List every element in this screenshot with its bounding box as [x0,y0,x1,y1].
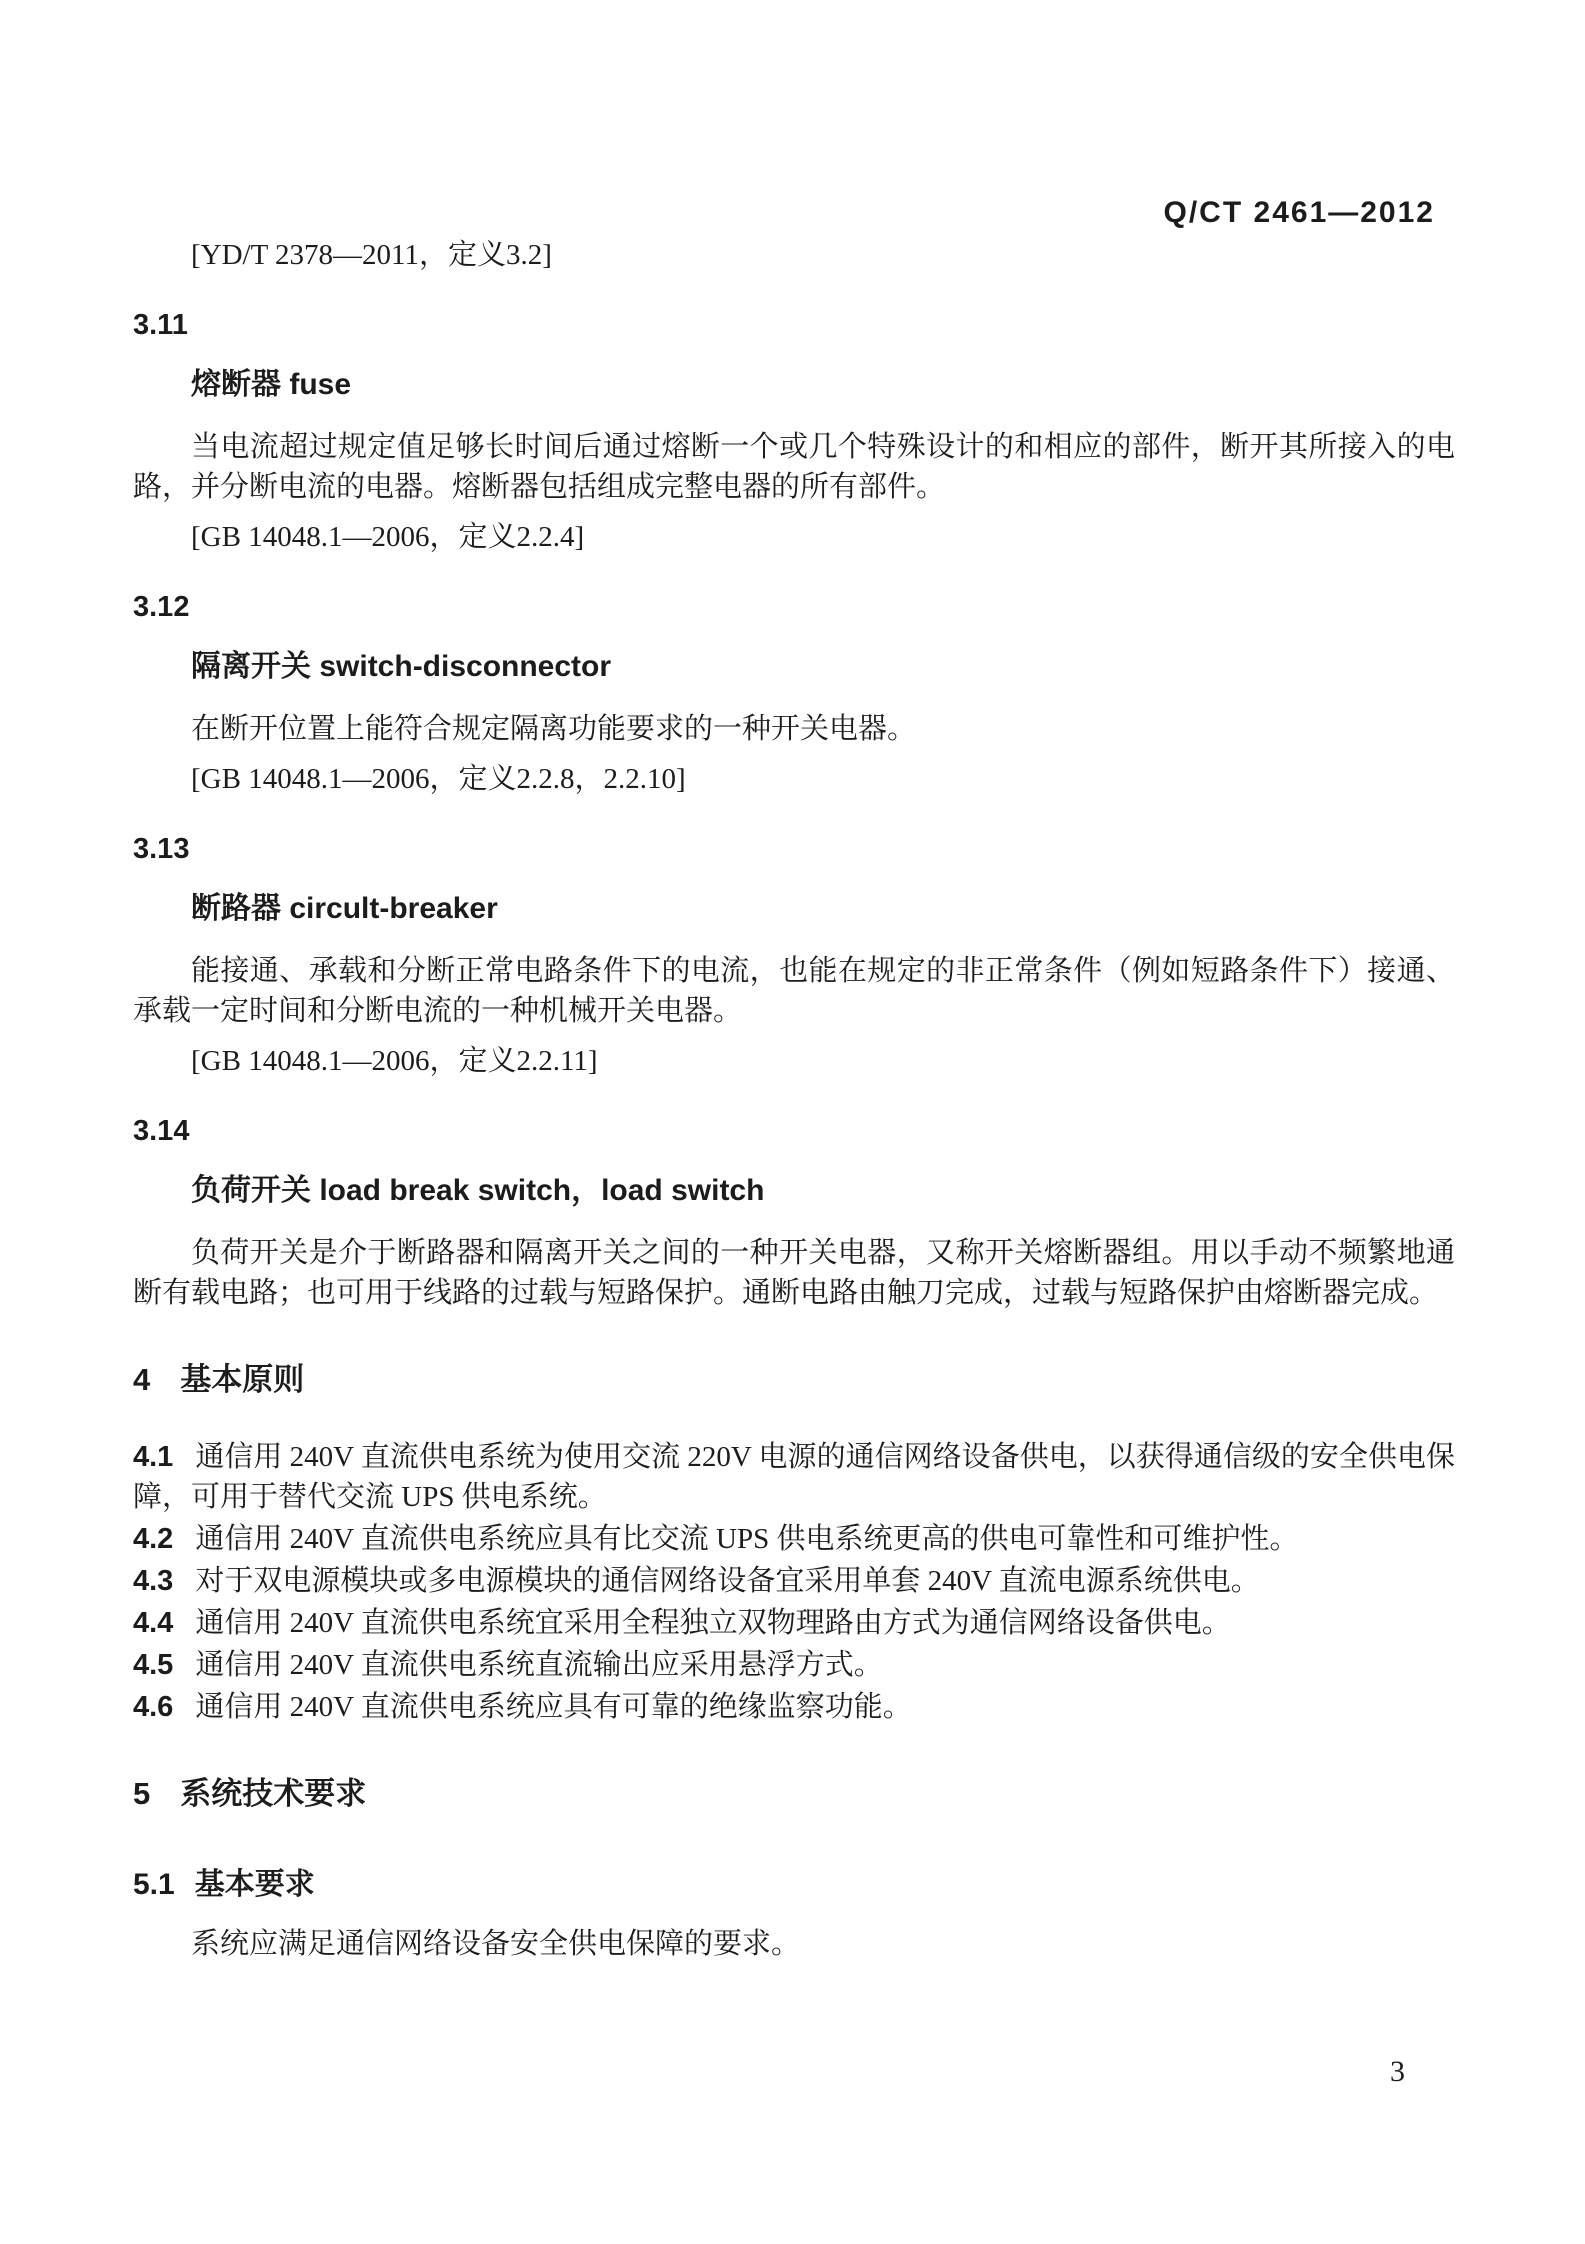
definition-body: 能接通、承载和分断正常电路条件下的电流，也能在规定的非正常条件（例如短路条件下）… [133,951,1455,1031]
definition-source-reference: [GB 14048.1—2006，定义2.2.8，2.2.10] [133,759,1455,799]
page-number: 3 [1390,2055,1405,2089]
section-number: 5.1 [133,1868,175,1901]
definition-term: 负荷开关 load break switch，load switch [133,1171,1455,1211]
top-source-reference: [YD/T 2378—2011，定义3.2] [133,235,1455,275]
standard-code-header: Q/CT 2461—2012 [1164,196,1435,230]
chapter-number: 5 [133,1776,150,1811]
chapter-4-heading: 4基本原则 [133,1358,1455,1402]
definition-term: 隔离开关 switch-disconnector [133,647,1455,687]
chapter-5-heading: 5系统技术要求 [133,1772,1455,1816]
clause-text: 通信用 240V 直流供电系统宜采用全程独立双物理路由方式为通信网络设备供电。 [195,1607,1230,1639]
definition-term: 断路器 circult-breaker [133,889,1455,929]
definition-body: 在断开位置上能符合规定隔离功能要求的一种开关电器。 [133,709,1455,749]
clause-4-3: 4.3对于双电源模块或多电源模块的通信网络设备宜采用单套 240V 直流电源系统… [133,1561,1455,1601]
clause-number: 4.6 [133,1691,173,1723]
clause-number: 4.1 [133,1441,173,1473]
chapter-title: 基本原则 [180,1362,304,1397]
clause-number: 4.2 [133,1523,173,1555]
definition-number: 3.13 [133,829,1455,869]
clause-4-4: 4.4通信用 240V 直流供电系统宜采用全程独立双物理路由方式为通信网络设备供… [133,1603,1455,1643]
clause-4-2: 4.2通信用 240V 直流供电系统应具有比交流 UPS 供电系统更高的供电可靠… [133,1519,1455,1559]
clause-4-5: 4.5通信用 240V 直流供电系统直流输出应采用悬浮方式。 [133,1645,1455,1685]
definition-body: 负荷开关是介于断路器和隔离开关之间的一种开关电器，又称开关熔断器组。用以手动不频… [133,1233,1455,1313]
clause-4-6: 4.6通信用 240V 直流供电系统应具有可靠的绝缘监察功能。 [133,1687,1455,1727]
definition-number: 3.14 [133,1111,1455,1151]
chapter-4: 4基本原则 4.1通信用 240V 直流供电系统为使用交流 220V 电源的通信… [133,1358,1455,1727]
page-content: [YD/T 2378—2011，定义3.2] 3.11 熔断器 fuse 当电流… [133,235,1455,1964]
definition-source-reference: [GB 14048.1—2006，定义2.2.4] [133,517,1455,557]
definition-number: 3.11 [133,305,1455,345]
clause-text: 通信用 240V 直流供电系统应具有比交流 UPS 供电系统更高的供电可靠性和可… [195,1523,1298,1555]
clause-text: 通信用 240V 直流供电系统为使用交流 220V 电源的通信网络设备供电，以获… [133,1441,1455,1513]
section-5-1-heading: 5.1基本要求 [133,1864,1455,1906]
clause-number: 4.4 [133,1607,173,1639]
section-5-1-body: 系统应满足通信网络设备安全供电保障的要求。 [133,1924,1455,1964]
chapter-title: 系统技术要求 [180,1776,366,1811]
clause-text: 通信用 240V 直流供电系统直流输出应采用悬浮方式。 [195,1649,882,1681]
document-page: Q/CT 2461—2012 [YD/T 2378—2011，定义3.2] 3.… [0,0,1585,2244]
definition-3-12: 3.12 隔离开关 switch-disconnector 在断开位置上能符合规… [133,587,1455,799]
chapter-5: 5系统技术要求 5.1基本要求 系统应满足通信网络设备安全供电保障的要求。 [133,1772,1455,1964]
clause-text: 对于双电源模块或多电源模块的通信网络设备宜采用单套 240V 直流电源系统供电。 [195,1565,1259,1597]
definition-source-reference: [GB 14048.1—2006，定义2.2.11] [133,1041,1455,1081]
clause-number: 4.3 [133,1565,173,1597]
definition-term: 熔断器 fuse [133,365,1455,405]
clause-number: 4.5 [133,1649,173,1681]
section-title: 基本要求 [195,1868,315,1901]
clause-text: 通信用 240V 直流供电系统应具有可靠的绝缘监察功能。 [195,1691,911,1723]
definition-3-13: 3.13 断路器 circult-breaker 能接通、承载和分断正常电路条件… [133,829,1455,1081]
clause-4-1: 4.1通信用 240V 直流供电系统为使用交流 220V 电源的通信网络设备供电… [133,1437,1455,1517]
definition-3-14: 3.14 负荷开关 load break switch，load switch … [133,1111,1455,1313]
definition-number: 3.12 [133,587,1455,627]
definition-body: 当电流超过规定值足够长时间后通过熔断一个或几个特殊设计的和相应的部件，断开其所接… [133,427,1455,507]
chapter-number: 4 [133,1362,150,1397]
definition-3-11: 3.11 熔断器 fuse 当电流超过规定值足够长时间后通过熔断一个或几个特殊设… [133,305,1455,557]
